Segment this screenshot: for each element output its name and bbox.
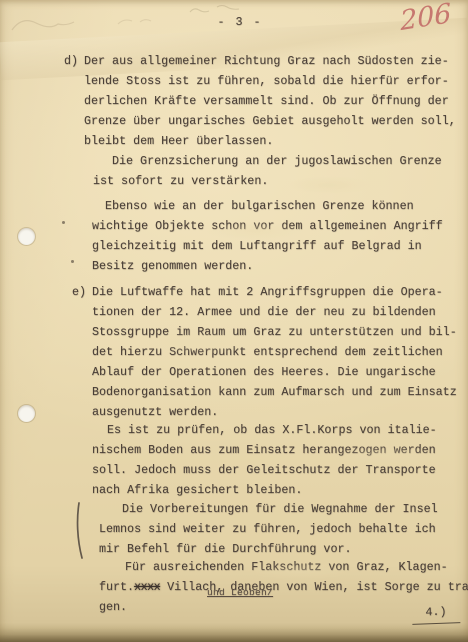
text-line: nischem Boden aus zum Einsatz herangezog… [92, 440, 437, 460]
text-line: lende Stoss ist zu führen, sobald die hi… [84, 71, 456, 91]
hole-punch-bottom [18, 405, 35, 422]
text-line: Grenze über ungarisches Gebiet ausgeholt… [84, 111, 456, 131]
paragraph-pruefen: Es ist zu prüfen, ob das X.Fl.Korps von … [92, 420, 437, 500]
text-line: bleibt dem Heer überlassen. [84, 131, 456, 151]
paragraph-d: d) Der aus allgemeiner Richtung Graz nac… [64, 51, 456, 151]
ink-speck [71, 260, 74, 263]
struck-out-text: xxxx [134, 580, 160, 594]
text-line: Stossgruppe im Raum um Graz zu unterstüt… [92, 322, 457, 342]
paragraph-grenzsicherung: Die Grenzsicherung an der jugoslawischen… [93, 151, 442, 191]
text-line: Bodenorganisation kann zum Aufmarsch und… [92, 382, 457, 402]
text-line: Die Vorbereitungen für die Wegnahme der … [99, 499, 438, 519]
pencil-margin-mark [74, 501, 86, 561]
text-line: gleichzeitig mit dem Luftangriff auf Bel… [92, 236, 443, 256]
text-line: wichtige Objekte schon vor dem allgemein… [92, 216, 443, 236]
section-label-e: e) [72, 282, 86, 302]
text-line: derlichen Kräfte versammelt sind. Ob zur… [84, 91, 456, 111]
ink-speck [62, 221, 65, 224]
text-line: ausgenutzt werden. [92, 402, 457, 422]
text-line: Die Luftwaffe hat mit 2 Angriffsgruppen … [92, 282, 457, 302]
page-number: - 3 - [150, 12, 330, 32]
text-line: mir Befehl für die Durchführung vor. [99, 539, 438, 559]
text-line: Ablauf der Operationen des Heeres. Die u… [92, 362, 457, 382]
paragraph-lemnos: Die Vorbereitungen für die Wegnahme der … [99, 499, 438, 559]
text-line: Besitz genommen werden. [92, 256, 443, 276]
paragraph-e: e) Die Luftwaffe hat mit 2 Angriffsgrupp… [72, 282, 457, 422]
typed-insertion-above-line: und Leoben/ [207, 587, 273, 598]
catchword-next-section: 4.) [412, 601, 461, 625]
paragraph-ebenso: Ebenso wie an der bulgarischen Grenze kö… [92, 196, 443, 276]
text-line: det hierzu Schwerpunkt entsprechend dem … [92, 342, 457, 362]
text-line: soll. Jedoch muss der Geleitschutz der T… [92, 460, 437, 480]
text-segment: furt. [99, 580, 134, 594]
text-line: Es ist zu prüfen, ob das X.Fl.Korps von … [92, 420, 437, 440]
text-line: nach Afrika gesichert bleiben. [92, 480, 437, 500]
text-line: und Leoben/ furt.xxxx Villach, daneben v… [99, 577, 468, 597]
text-line: Für ausreichenden Flakschutz von Graz, K… [99, 557, 468, 577]
text-line: tionen der 12. Armee und die der neu zu … [92, 302, 457, 322]
text-line: Der aus allgemeiner Richtung Graz nach S… [84, 51, 456, 71]
text-line: Ebenso wie an der bulgarischen Grenze kö… [92, 196, 443, 216]
hole-punch-top [18, 228, 35, 245]
section-label-d: d) [64, 51, 78, 71]
text-line: Lemnos sind weiter zu führen, jedoch beh… [99, 519, 438, 539]
text-line: Die Grenzsicherung an der jugoslawischen… [93, 151, 442, 171]
document-page: - 3 - 206 d) Der aus allgemeiner Richtun… [0, 0, 468, 642]
text-line: ist sofort zu verstärken. [93, 171, 442, 191]
